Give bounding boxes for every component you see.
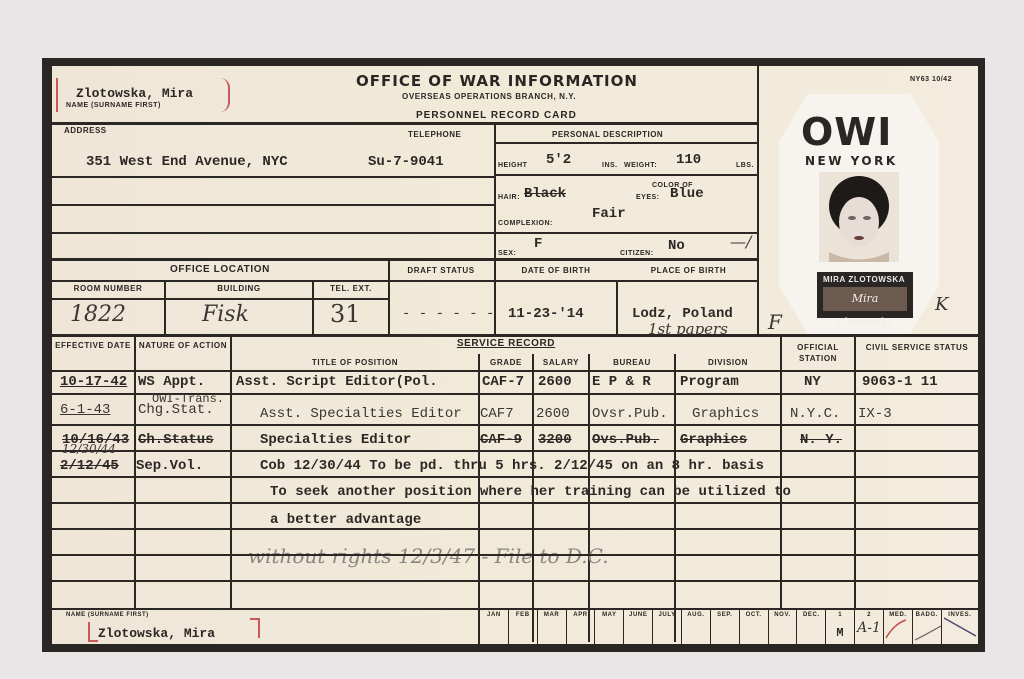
row4-date-note: 12/30/44 — [62, 442, 116, 456]
rule — [52, 334, 978, 337]
month-label: APR — [567, 612, 595, 618]
badge-city: NEW YORK — [805, 154, 898, 168]
rule — [52, 528, 978, 530]
ins-label: INS. — [602, 162, 618, 169]
month-cell-july: JULY — [653, 610, 682, 644]
rule — [52, 280, 759, 282]
citizen-label: CITIZEN: — [620, 250, 654, 257]
row3-station: N. Y. — [800, 432, 842, 448]
month-cell-feb: FEB — [509, 610, 538, 644]
rule — [780, 336, 782, 608]
service-record-label: SERVICE RECORD — [232, 338, 780, 349]
address-value: 351 West End Avenue, NYC — [86, 154, 288, 170]
sex-value: F — [534, 236, 542, 252]
rule — [52, 554, 978, 556]
month-label: JULY — [653, 612, 681, 618]
month-cell-apr: APR — [567, 610, 596, 644]
extra-cell-2: 2A-1 — [855, 610, 884, 644]
eyes-value: Blue — [670, 186, 704, 202]
tel-ext-value: 31 — [330, 300, 361, 328]
complexion-value: Fair — [592, 206, 626, 222]
remark-line-2: a better advantage — [270, 512, 421, 528]
eyes-label: EYES: — [636, 194, 660, 201]
photo-area: OWI NEW YORK MIRA ZLOTOWSKA Mira Zlotows… — [759, 66, 978, 334]
weight-label: WEIGHT: — [624, 162, 657, 169]
building-label: BUILDING — [166, 284, 312, 293]
height-label: HEIGHT — [498, 162, 527, 169]
extra-label: BADG. — [913, 612, 941, 618]
month-cell-may: MAY — [595, 610, 624, 644]
row1-salary: 2600 — [538, 374, 572, 390]
footer-name-value: Zlotowska, Mira — [98, 626, 215, 641]
row1-bureau: E P & R — [592, 374, 651, 390]
row3-bureau: Ovs.Pub. — [592, 432, 659, 448]
row2-date: 6-1-43 — [60, 402, 110, 418]
col-title-of-position: TITLE OF POSITION — [232, 358, 478, 367]
extra-label: 2 — [855, 612, 883, 618]
row2-division: Graphics — [692, 406, 759, 422]
photo-margin-mark: K — [935, 294, 948, 315]
room-number-label: ROOM NUMBER — [52, 284, 164, 293]
complexion-label: COMPLEXION: — [498, 220, 553, 227]
rule — [52, 476, 978, 478]
row4-action: Sep.Vol. — [136, 458, 203, 474]
row2-status: IX-3 — [858, 406, 892, 422]
month-label: JAN — [480, 612, 508, 618]
month-label: SEP. — [711, 612, 739, 618]
rule — [52, 370, 978, 372]
rule — [494, 174, 759, 176]
footer-name-label: NAME (SURNAME FIRST) — [66, 612, 149, 618]
col-official-station: OFFICIAL STATION — [782, 342, 854, 364]
row2-station: N.Y.C. — [790, 406, 840, 422]
red-bracket-left — [56, 78, 58, 112]
row4-date: 2/12/45 — [60, 458, 119, 474]
col-division: DIVISION — [676, 358, 780, 367]
col-effective-date: EFFECTIVE DATE — [52, 340, 134, 351]
month-cell-mar: MAR — [538, 610, 567, 644]
office-location-label: OFFICE LOCATION — [52, 264, 388, 275]
rule — [494, 258, 759, 261]
row3-title: Specialties Editor — [260, 432, 411, 448]
row4-remark: Cob 12/30/44 To be pd. thru 5 hrs. 2/12/… — [260, 458, 764, 474]
row3-action: Ch.Status — [138, 432, 214, 448]
extra-cell-inves: INVES. — [942, 610, 978, 644]
col-nature-of-action: NATURE OF ACTION — [136, 340, 230, 351]
month-cell-sep: SEP. — [711, 610, 740, 644]
month-label: MAR — [538, 612, 566, 618]
row2-action: Chg.Stat. — [138, 402, 214, 418]
citizen-value: No — [668, 238, 685, 254]
height-value: 5'2 — [546, 152, 571, 168]
name-label: NAME (SURNAME FIRST) — [66, 102, 161, 109]
col-bureau: BUREAU — [590, 358, 674, 367]
badge-signature: Mira Zlotowska — [823, 287, 907, 311]
row1-status: 9063-1 11 — [862, 374, 938, 390]
rule — [52, 122, 759, 125]
rule — [494, 122, 496, 334]
row1-grade: CAF-7 — [482, 374, 524, 390]
row1-action: WS Appt. — [138, 374, 205, 390]
extra-label: 1 — [826, 612, 854, 618]
rule — [52, 176, 494, 178]
month-cell-oct: OCT. — [740, 610, 769, 644]
rule — [494, 142, 759, 144]
col-grade: GRADE — [480, 358, 532, 367]
handwritten-note: without rights 12/3/47 - File to D.C. — [248, 544, 609, 568]
col1-value: M — [836, 626, 843, 640]
rule — [52, 424, 978, 426]
row2-title: Asst. Specialties Editor — [260, 406, 462, 422]
draft-status-label: DRAFT STATUS — [388, 266, 494, 275]
rule — [52, 258, 494, 261]
building-value: Fisk — [202, 302, 249, 327]
row1-station: NY — [804, 374, 821, 390]
row3-salary: 3200 — [538, 432, 572, 448]
month-cell-jan: JAN — [480, 610, 509, 644]
month-label: MAY — [595, 612, 623, 618]
extra-cell-1: 1M — [826, 610, 855, 644]
row1-date: 10-17-42 — [60, 374, 127, 390]
personal-description-label: PERSONAL DESCRIPTION — [552, 130, 663, 139]
address-label: ADDRESS — [64, 126, 107, 135]
rule — [52, 204, 494, 206]
draft-status-value: - - - - - - — [402, 306, 494, 322]
hair-value: Black — [524, 186, 566, 202]
name-value: Zlotowska, Mira — [76, 86, 193, 101]
telephone-value: Su-7-9041 — [368, 154, 444, 170]
row2-bureau: Ovsr.Pub. — [592, 406, 668, 422]
row1-division: Program — [680, 374, 739, 390]
blue-check-mark — [942, 614, 978, 642]
lbs-label: LBS. — [736, 162, 754, 169]
badge-title: OWI — [801, 110, 892, 154]
month-cell-dec: DEC. — [797, 610, 826, 644]
red-bracket-left — [88, 622, 98, 642]
month-cell-aug: AUG. — [682, 610, 711, 644]
citizen-mark: —/ — [730, 232, 751, 251]
date-of-birth-label: DATE OF BIRTH — [496, 266, 616, 275]
rule — [854, 336, 856, 608]
card-paper: Zlotowska, Mira NAME (SURNAME FIRST) OFF… — [52, 66, 978, 644]
month-grid: JAN FEB MAR APR MAY JUNE JULY AUG. SEP. … — [480, 610, 978, 644]
branch-subtitle: OVERSEAS OPERATIONS BRANCH, N.Y. — [402, 92, 576, 101]
hair-label: HAIR: — [498, 194, 520, 201]
rule — [312, 280, 314, 334]
check-mark — [913, 620, 943, 642]
sex-label: SEX: — [498, 250, 516, 257]
col2-value: A-1 — [857, 620, 881, 636]
rule — [164, 280, 166, 334]
rule — [52, 502, 978, 504]
month-label: NOV. — [769, 612, 797, 618]
month-label: AUG. — [682, 612, 710, 618]
month-label: JUNE — [624, 612, 652, 618]
extra-cell-badg: BADG. — [913, 610, 942, 644]
agency-title: OFFICE OF WAR INFORMATION — [356, 72, 638, 90]
weight-value: 110 — [676, 152, 701, 168]
place-of-birth-label: PLACE OF BIRTH — [618, 266, 759, 275]
rule — [230, 336, 232, 608]
rule — [52, 450, 978, 452]
tel-ext-label: TEL. EXT. — [314, 284, 388, 293]
month-label: OCT. — [740, 612, 768, 618]
rule — [616, 280, 618, 334]
row2-grade: CAF7 — [480, 406, 514, 422]
row2-salary: 2600 — [536, 406, 570, 422]
extra-cell-med: MED. — [884, 610, 913, 644]
rule — [494, 232, 759, 234]
remark-line-1: To seek another position where her train… — [270, 484, 791, 500]
red-check-mark — [884, 616, 910, 642]
telephone-label: TELEPHONE — [408, 130, 461, 139]
card-title: PERSONNEL RECORD CARD — [416, 110, 577, 121]
red-bracket-right — [250, 618, 260, 638]
rule — [52, 580, 978, 582]
rule — [52, 232, 494, 234]
room-number-value: 1822 — [70, 302, 126, 327]
rule — [388, 260, 390, 334]
badge-nameplate: MIRA ZLOTOWSKA Mira Zlotowska — [817, 272, 913, 318]
col-salary: SALARY — [534, 358, 588, 367]
owi-badge: OWI NEW YORK MIRA ZLOTOWSKA Mira Zlotows… — [779, 94, 939, 334]
month-cell-june: JUNE — [624, 610, 653, 644]
month-label: DEC. — [797, 612, 825, 618]
row3-division: Graphics — [680, 432, 747, 448]
col-civil-service-status: CIVIL SERVICE STATUS — [856, 342, 978, 353]
red-bracket-right — [218, 78, 230, 112]
badge-name: MIRA ZLOTOWSKA — [823, 275, 905, 284]
row3-grade: CAF-9 — [480, 432, 522, 448]
portrait-photo — [819, 172, 899, 262]
month-cell-nov: NOV. — [769, 610, 798, 644]
personnel-record-card: Zlotowska, Mira NAME (SURNAME FIRST) OFF… — [42, 58, 985, 652]
month-label: FEB — [509, 612, 537, 618]
date-of-birth-value: 11-23-'14 — [508, 306, 584, 322]
row1-title: Asst. Script Editor(Pol. — [236, 374, 438, 390]
